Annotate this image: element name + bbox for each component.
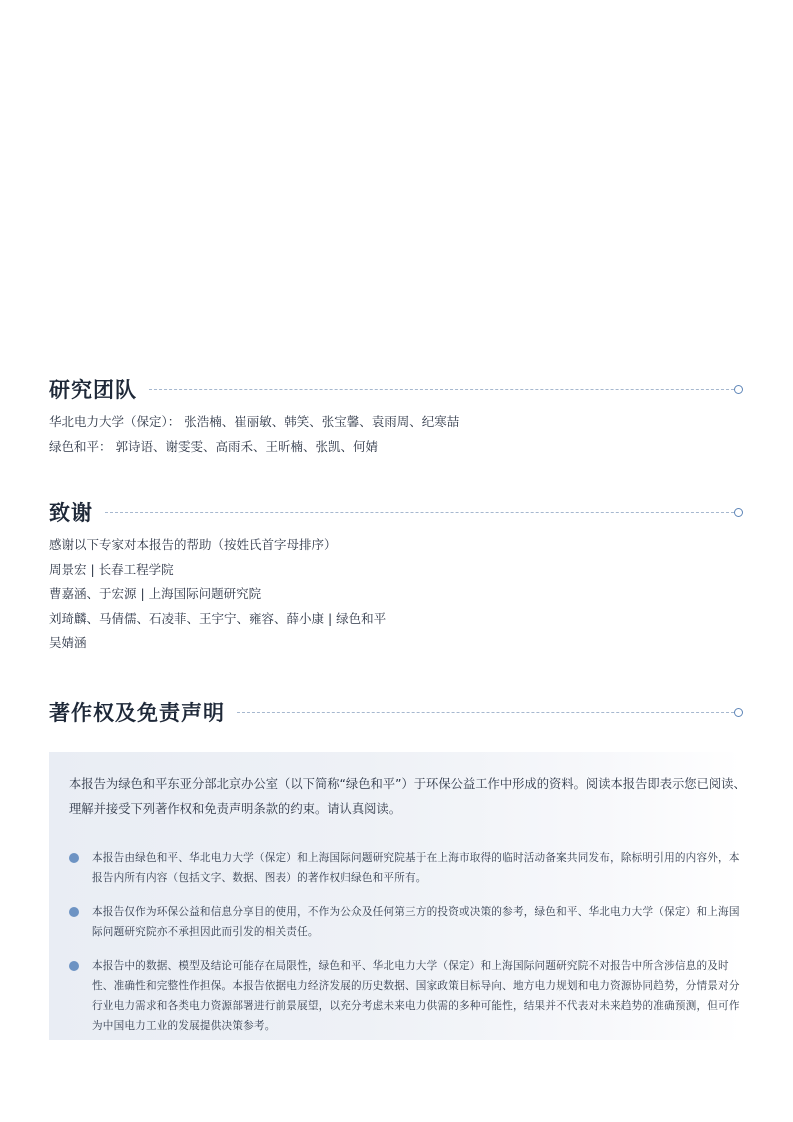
dashed-divider [105,512,734,513]
circle-end-icon [734,708,743,717]
copyright-title: 著作权及免责声明 [49,697,225,727]
dashed-divider [149,389,734,390]
bullet-dot-icon [69,961,79,971]
circle-end-icon [734,385,743,394]
team-line-ncepu: 华北电力大学（保定）： 张浩楠、崔丽敏、韩笑、张宝馨、袁雨周、纪寒喆 [49,410,743,435]
disclaimer-box: 本报告为绿色和平东亚分部北京办公室（以下简称“绿色和平”）于环保公益工作中形成的… [49,752,741,1040]
bullet-dot-icon [69,853,79,863]
ack-line: 感谢以下专家对本报告的帮助（按姓氏首字母排序） [49,533,743,558]
copyright-heading-row: 著作权及免责声明 [49,697,743,727]
research-team-title: 研究团队 [49,374,137,404]
ack-line: 周景宏 | 长春工程学院 [49,558,743,583]
copyright-section: 著作权及免责声明 [49,697,743,727]
ack-line: 吴婧涵 [49,631,743,656]
disclaimer-item-text: 本报告由绿色和平、华北电力大学（保定）和上海国际问题研究院基于在上海市取得的临时… [92,848,745,888]
disclaimer-item: 本报告中的数据、模型及结论可能存在局限性，绿色和平、华北电力大学（保定）和上海国… [69,956,745,1036]
disclaimer-list: 本报告由绿色和平、华北电力大学（保定）和上海国际问题研究院基于在上海市取得的临时… [69,848,745,1050]
disclaimer-item-text: 本报告仅作为环保公益和信息分享目的使用，不作为公众及任何第三方的投资或决策的参考… [92,902,745,942]
research-team-section: 研究团队 华北电力大学（保定）： 张浩楠、崔丽敏、韩笑、张宝馨、袁雨周、纪寒喆 … [49,374,743,459]
disclaimer-item-text: 本报告中的数据、模型及结论可能存在局限性，绿色和平、华北电力大学（保定）和上海国… [92,956,745,1036]
ack-line: 曹嘉涵、于宏源 | 上海国际问题研究院 [49,582,743,607]
acknowledgements-section: 致谢 感谢以下专家对本报告的帮助（按姓氏首字母排序） 周景宏 | 长春工程学院 … [49,497,743,656]
disclaimer-item: 本报告仅作为环保公益和信息分享目的使用，不作为公众及任何第三方的投资或决策的参考… [69,902,745,942]
circle-end-icon [734,508,743,517]
ack-line: 刘琦麟、马倩儒、石凌菲、王宇宁、雍容、薛小康 | 绿色和平 [49,607,743,632]
acknowledgements-title: 致谢 [49,497,93,527]
acknowledgements-heading-row: 致谢 [49,497,743,527]
disclaimer-intro: 本报告为绿色和平东亚分部北京办公室（以下简称“绿色和平”）于环保公益工作中形成的… [69,772,749,822]
disclaimer-item: 本报告由绿色和平、华北电力大学（保定）和上海国际问题研究院基于在上海市取得的临时… [69,848,745,888]
research-team-heading-row: 研究团队 [49,374,743,404]
dashed-divider [237,712,734,713]
team-line-greenpeace: 绿色和平： 郭诗语、谢雯雯、高雨禾、王昕楠、张凯、何婧 [49,435,743,460]
bullet-dot-icon [69,907,79,917]
